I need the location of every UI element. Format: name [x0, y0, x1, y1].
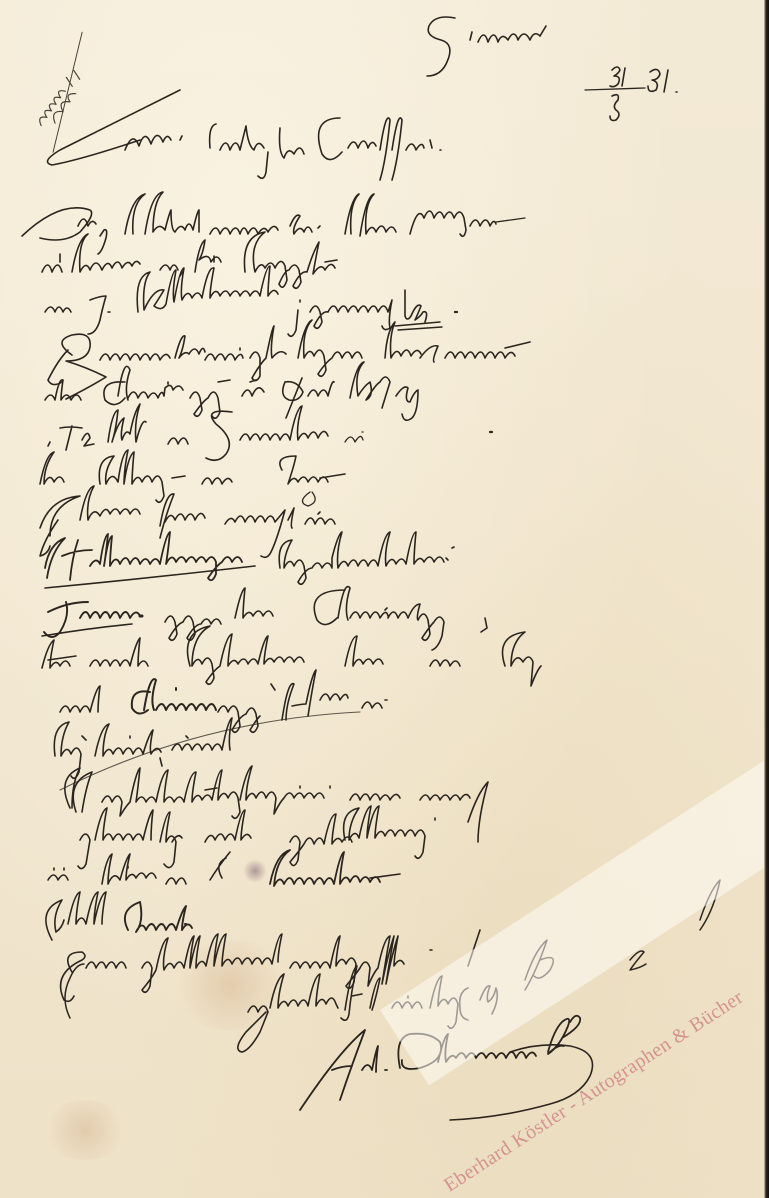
scan-edge: [764, 0, 769, 1198]
letter-page: Eberhard Köstler - Autographen & Bücher …: [0, 0, 764, 1198]
